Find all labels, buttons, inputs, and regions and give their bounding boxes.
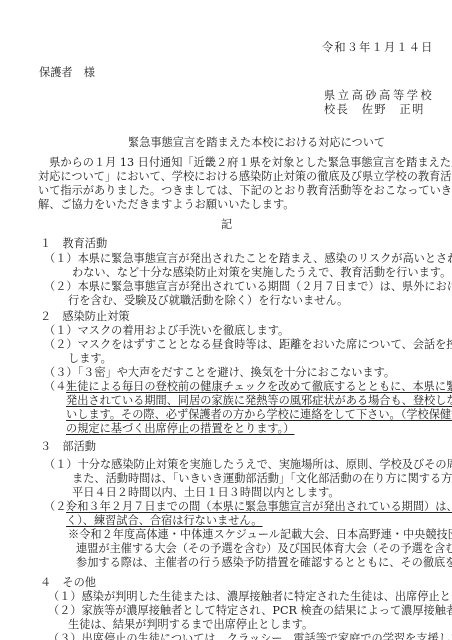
list-item-cont: します。	[68, 352, 112, 366]
list-item-cont: 平日４日２時間以内、土日１日３時間以内とします。	[72, 486, 340, 500]
note-line: 連盟が主催する大会（その予選を含む）及び国民体育大会（その予選を含む）。	[76, 542, 452, 556]
section-heading: ４ その他	[40, 576, 96, 590]
list-item: （１）マスクの着用および手洗いを徹底します。	[44, 324, 289, 338]
addressee: 保護者 様	[39, 66, 95, 80]
list-item-cont: また、活動時間は、「いきいき運動部活動」「文化部活動の在り方に関する方針」に基づ…	[72, 472, 452, 486]
sender-org: 県立高砂高等学校	[324, 89, 434, 103]
list-item-cont: 行を含む、受験及び就職活動を除く）を行ないません。	[68, 294, 348, 308]
list-item: （２）マスクをはずすこととなる昼食時等は、距離をおいた席について、会話を控えるよ…	[44, 338, 452, 352]
intro-line: 対応について」において、学校における感染防止対策の徹底及び県立学校の教育活動上の…	[38, 170, 452, 184]
list-item-cont: わない、など十分な感染防止対策を実施したうえで、教育活動を行います。	[72, 266, 451, 280]
section-heading: １ 教育活動	[40, 237, 107, 251]
page-title: 緊急事態宣言を踏まえた本校における対応について	[128, 136, 385, 150]
list-item-underlined: 令和３年２月７日までの間（本県に緊急事態宣言が発出されている期間）は、大会（※を…	[66, 500, 452, 514]
note-line: ※令和２年度高体連・中体連スケジュール記載大会、日本高野連・中央競技団体・文化関…	[68, 528, 452, 542]
list-item-underlined: 生徒による毎日の登校前の健康チェックを改めて徹底するとともに、本県に緊急事態宣言…	[66, 380, 452, 394]
section-heading: ３ 部活動	[40, 440, 96, 454]
sender-name: 校長 佐野 正明	[324, 103, 425, 117]
list-item: （１）本県に緊急事態宣言が発出されたことを踏まえ、感染のリスクが高いとされている…	[44, 252, 452, 266]
list-item: （２）家族等が濃厚接触者として特定され、PCR 検査の結果によって濃厚接触者とな…	[48, 604, 452, 618]
list-item: （１）感染が判明した生徒または、濃厚接触者に特定された生徒は、出席停止とします。	[48, 590, 452, 604]
section-heading: ２ 感染防止対策	[40, 310, 130, 324]
ki-heading: 記	[221, 218, 232, 232]
list-item-underlined: いします。その際、必ず保護者の方から学校に連絡をして下さい。（学校保健安全法第 …	[66, 408, 452, 422]
list-item-underlined: の規定に基づく出席停止の措置をとります。）	[66, 422, 294, 436]
list-item-underlined: 発出されている期間、同居の家族に発熱等の風邪症状がある場合も、登校しないようにお…	[66, 394, 452, 408]
list-item: （３）出席停止の生徒については、クラッシー、電話等で家庭での学習を支援します。	[48, 632, 452, 640]
date: 令和３年１月１４日	[322, 41, 434, 55]
list-item-cont: 生徒は、結果が判明するまで出席停止とします。	[68, 618, 313, 632]
list-item: （１）十分な感染防止対策を実施したうえで、実施場所は、原則、学校及びその周辺とし…	[44, 458, 452, 472]
list-item: （３）「３密」や大声をだすことを避け、換気を十分におこないます。	[44, 366, 395, 380]
list-item: （２）本県に緊急事態宣言が発出されている期間（２月７日まで）は、県外における活動…	[44, 280, 452, 294]
list-item-underlined: く）、練習試合、合宿は行ないません。	[66, 514, 262, 528]
intro-line: 県からの１月 13 日付通知「近畿２府１県を対象とした緊急事態宣言を踏まえた県立…	[38, 156, 452, 170]
intro-line: いて指示がありました。つきましては、下記のとおり教育活動等をおこなっていきますの…	[38, 184, 452, 198]
intro-line: 解、ご協力をいただきますようお願いいたします。	[38, 198, 294, 212]
note-line: 参加する際は、主催者の行う感染予防措置を確認するとともに、その徹底を図ります。	[76, 556, 452, 570]
